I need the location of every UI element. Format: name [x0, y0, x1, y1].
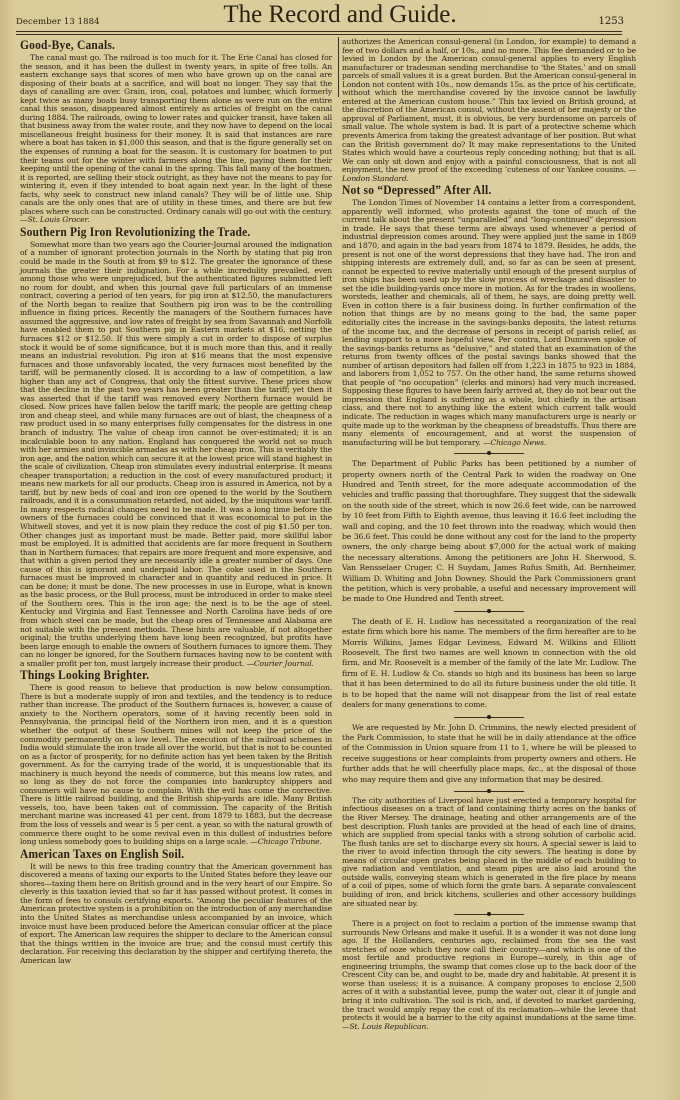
- masthead-rule: [16, 31, 622, 32]
- article-continuation: authorizes the American consul-general (…: [342, 38, 636, 183]
- news-item-new-orleans: There is a project on foot to reclaim a …: [342, 920, 636, 1031]
- headline-not-so-depressed: Not so “Depressed” After All.: [342, 185, 636, 199]
- headline-american-taxes: American Taxes on English Soil.: [20, 848, 332, 862]
- column-divider: [338, 37, 339, 97]
- news-item-ludlow: The death of E. H. Ludlow has necessitat…: [342, 617, 636, 711]
- article-body: There is good reason to believe that pro…: [20, 684, 332, 846]
- ornament-divider: [454, 449, 524, 457]
- article-source: —Courier Journal.: [246, 659, 313, 668]
- ornament-divider: [454, 787, 524, 795]
- news-item-crimmins: We are requested by Mr. John D. Crimmins…: [342, 723, 636, 785]
- article-body: The London Times of November 14 contains…: [342, 199, 636, 447]
- article-source: —Chicago News.: [483, 438, 546, 447]
- masthead: December 13 1884 The Record and Guide. 1…: [16, 2, 664, 30]
- article-body: It will be news to this free trading cou…: [20, 863, 332, 966]
- issue-date: December 13 1884: [16, 17, 100, 27]
- publication-title: The Record and Guide.: [223, 2, 456, 28]
- left-column: Good-Bye, Canals. The canal must go. The…: [20, 38, 332, 965]
- headline-good-bye-canals: Good-Bye, Canals.: [20, 40, 332, 54]
- page-number: 1253: [599, 16, 624, 27]
- ornament-divider: [454, 910, 524, 918]
- article-source: —St. Louis Republican.: [342, 1022, 428, 1031]
- news-item-liverpool: The city authorities of Liverpool have j…: [342, 797, 636, 908]
- headline-things-looking-brighter: Things Looking Brighter.: [20, 670, 332, 684]
- ornament-divider: [454, 713, 524, 721]
- article-body: Somewhat more than two years ago the Cou…: [20, 241, 332, 668]
- news-item-parks: The Department of Public Parks has been …: [342, 459, 636, 605]
- ornament-divider: [454, 607, 524, 615]
- article-source: —Chicago Tribune.: [250, 837, 321, 846]
- masthead-rule: [16, 34, 622, 35]
- headline-southern-pig-iron: Southern Pig Iron Revolutionizing the Tr…: [20, 227, 332, 241]
- right-column: authorizes the American consul-general (…: [342, 38, 636, 1031]
- article-body: The canal must go. The railroad is too m…: [20, 54, 332, 225]
- article-source: —St. Louis Grocer.: [20, 215, 89, 224]
- newspaper-page: December 13 1884 The Record and Guide. 1…: [0, 0, 680, 1100]
